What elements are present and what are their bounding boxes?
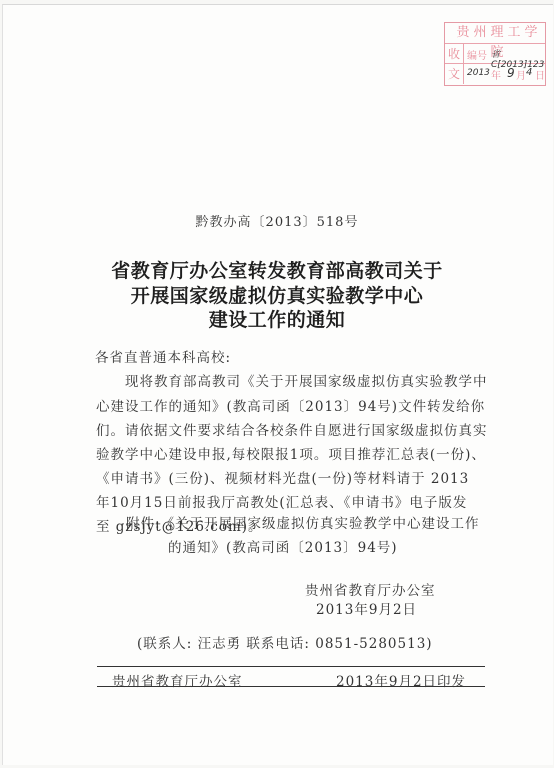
body-line: 验教学中心建设申报,每校限报1项。项目推荐汇总表(一份)、 bbox=[96, 443, 486, 463]
title-line-1: 省教育厅办公室转发教育部高教司关于 bbox=[0, 256, 554, 283]
body-line: 们。请依据文件要求结合各校条件自愿进行国家级虚拟仿真实 bbox=[96, 419, 488, 439]
signature-issuer: 贵州省教育厅办公室 bbox=[305, 579, 436, 599]
attachment-line-2: 的通知》(教高司函〔2013〕94号) bbox=[168, 536, 398, 556]
stamp-year-label: 年 bbox=[491, 67, 501, 82]
body-line: 心建设工作的通知》(教高司函〔2013〕94号)文件转发给你 bbox=[96, 395, 485, 415]
stamp-date-day: 4 bbox=[526, 67, 532, 78]
stamp-date-month: 9 bbox=[507, 66, 515, 80]
receipt-stamp: 贵州理工学院 编号 省C[2013]123 2013 年 9 月 4 日 收 文 bbox=[444, 22, 546, 86]
body-line: 现将教育部高教司《关于开展国家级虚拟仿真实验教学中 bbox=[125, 370, 488, 390]
body-line: 《申请书》(三份)、视频材料光盘(一份)等材料请于 2013 bbox=[96, 467, 469, 487]
title-line-3: 建设工作的通知 bbox=[0, 305, 554, 332]
footer-issuer: 贵州省教育厅办公室 bbox=[112, 670, 243, 690]
signature-date: 2013年9月2日 bbox=[316, 598, 417, 618]
stamp-institution: 贵州理工学院 bbox=[445, 23, 545, 44]
stamp-char-document: 文 bbox=[445, 64, 463, 84]
title-line-2: 开展国家级虚拟仿真实验教学中心 bbox=[0, 281, 554, 308]
stamp-date-year: 2013 bbox=[467, 68, 490, 78]
document-number: 黔教办高〔2013〕518号 bbox=[0, 211, 554, 230]
footer-top-rule bbox=[97, 666, 485, 667]
stamp-left-column: 收 文 bbox=[445, 44, 464, 84]
stamp-month-label: 月 bbox=[516, 67, 526, 82]
stamp-number-label: 编号 bbox=[467, 47, 487, 62]
stamp-char-receive: 收 bbox=[445, 44, 463, 64]
stamp-day-label: 日 bbox=[535, 67, 545, 82]
attachment-line-1: 附件:《关于开展国家级虚拟仿真实验教学中心建设工作 bbox=[126, 512, 480, 532]
salutation: 各省直普通本科高校: bbox=[95, 346, 231, 366]
footer-printed-date: 2013年9月2日印发 bbox=[336, 670, 466, 690]
body-line: 年10月15日前报我厅高教处(汇总表、《申请书》电子版发 bbox=[96, 491, 467, 511]
contact-info: (联系人: 汪志勇 联系电话: 0851-5280513) bbox=[137, 632, 433, 652]
footer-bottom-rule bbox=[97, 686, 485, 687]
